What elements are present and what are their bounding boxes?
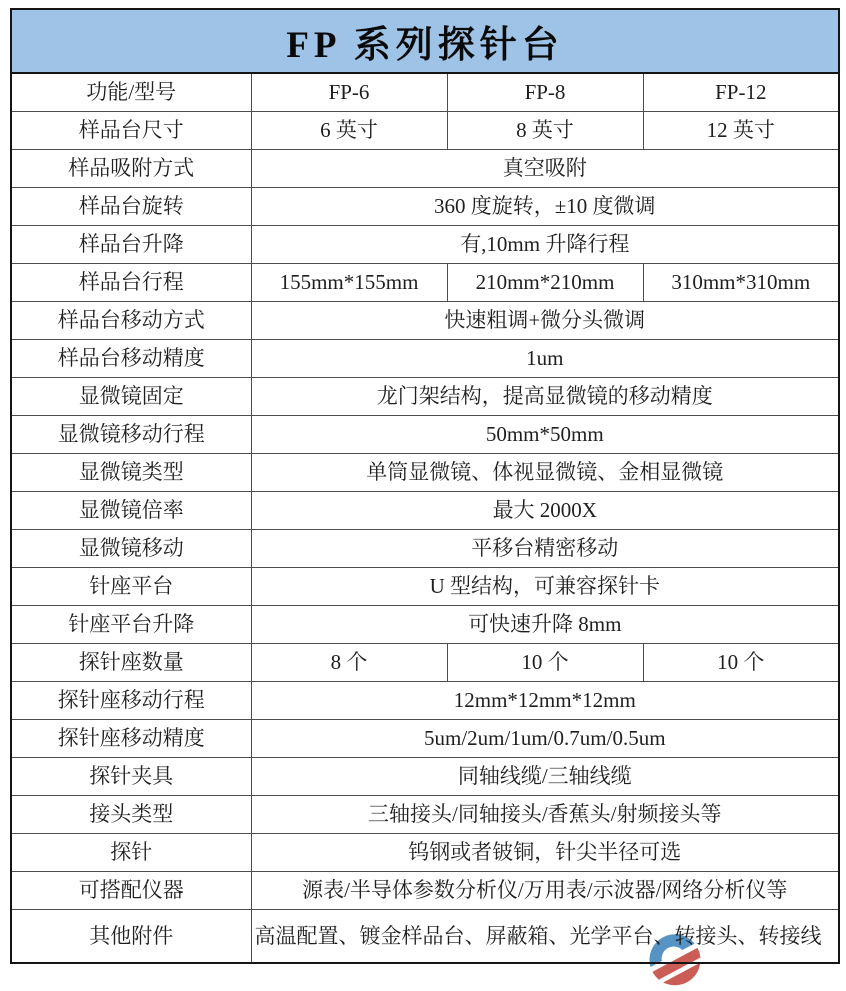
- row-label: 可搭配仪器: [11, 871, 251, 909]
- spec-sheet: FP 系列探针台 功能/型号FP-6FP-8FP-12样品台尺寸6 英寸8 英寸…: [0, 0, 846, 991]
- row-label: 显微镜移动: [11, 529, 251, 567]
- row-value: 平移台精密移动: [251, 529, 839, 567]
- row-value: 8 个: [251, 643, 447, 681]
- spec-row: 功能/型号FP-6FP-8FP-12: [11, 73, 839, 111]
- row-label: 探针座移动行程: [11, 681, 251, 719]
- row-label: 其他附件: [11, 909, 251, 963]
- spec-row: 探针夹具同轴线缆/三轴线缆: [11, 757, 839, 795]
- row-value: 5um/2um/1um/0.7um/0.5um: [251, 719, 839, 757]
- row-label: 接头类型: [11, 795, 251, 833]
- spec-row: 针座平台U 型结构，可兼容探针卡: [11, 567, 839, 605]
- row-value: 1um: [251, 339, 839, 377]
- spec-row: 样品台升降有,10mm 升降行程: [11, 225, 839, 263]
- row-value: 单筒显微镜、体视显微镜、金相显微镜: [251, 453, 839, 491]
- spec-row: 接头类型三轴接头/同轴接头/香蕉头/射频接头等: [11, 795, 839, 833]
- row-label: 探针夹具: [11, 757, 251, 795]
- row-label: 样品吸附方式: [11, 149, 251, 187]
- row-value: 10 个: [643, 643, 839, 681]
- spec-row: 针座平台升降可快速升降 8mm: [11, 605, 839, 643]
- spec-table: FP 系列探针台 功能/型号FP-6FP-8FP-12样品台尺寸6 英寸8 英寸…: [10, 8, 840, 964]
- row-value: 12 英寸: [643, 111, 839, 149]
- row-value: 6 英寸: [251, 111, 447, 149]
- row-value: FP-8: [447, 73, 643, 111]
- row-value: FP-6: [251, 73, 447, 111]
- row-label: 样品台旋转: [11, 187, 251, 225]
- spec-row: 探针座数量8 个10 个10 个: [11, 643, 839, 681]
- row-value: 155mm*155mm: [251, 263, 447, 301]
- row-value: U 型结构，可兼容探针卡: [251, 567, 839, 605]
- spec-row: 显微镜固定龙门架结构，提高显微镜的移动精度: [11, 377, 839, 415]
- row-label: 样品台尺寸: [11, 111, 251, 149]
- row-value: 最大 2000X: [251, 491, 839, 529]
- row-label: 针座平台: [11, 567, 251, 605]
- spec-row: 显微镜类型单筒显微镜、体视显微镜、金相显微镜: [11, 453, 839, 491]
- spec-row: 显微镜移动平移台精密移动: [11, 529, 839, 567]
- row-value: 310mm*310mm: [643, 263, 839, 301]
- row-value: 源表/半导体参数分析仪/万用表/示波器/网络分析仪等: [251, 871, 839, 909]
- row-label: 显微镜移动行程: [11, 415, 251, 453]
- row-label: 显微镜固定: [11, 377, 251, 415]
- spec-row: 探针钨钢或者铍铜，针尖半径可选: [11, 833, 839, 871]
- row-value: FP-12: [643, 73, 839, 111]
- row-value: 8 英寸: [447, 111, 643, 149]
- title-row: FP 系列探针台: [11, 9, 839, 73]
- row-label: 显微镜类型: [11, 453, 251, 491]
- spec-row: 显微镜移动行程50mm*50mm: [11, 415, 839, 453]
- row-value: 360 度旋转，±10 度微调: [251, 187, 839, 225]
- spec-row: 样品台旋转360 度旋转，±10 度微调: [11, 187, 839, 225]
- row-value: 真空吸附: [251, 149, 839, 187]
- spec-row: 样品台尺寸6 英寸8 英寸12 英寸: [11, 111, 839, 149]
- row-label: 样品台移动精度: [11, 339, 251, 377]
- spec-row: 样品台移动精度1um: [11, 339, 839, 377]
- spec-row: 可搭配仪器源表/半导体参数分析仪/万用表/示波器/网络分析仪等: [11, 871, 839, 909]
- spec-row: 样品台行程155mm*155mm210mm*210mm310mm*310mm: [11, 263, 839, 301]
- spec-row: 样品台移动方式快速粗调+微分头微调: [11, 301, 839, 339]
- row-value: 同轴线缆/三轴线缆: [251, 757, 839, 795]
- row-label: 探针座数量: [11, 643, 251, 681]
- row-value: 10 个: [447, 643, 643, 681]
- row-label: 样品台升降: [11, 225, 251, 263]
- row-value: 龙门架结构，提高显微镜的移动精度: [251, 377, 839, 415]
- row-value: 12mm*12mm*12mm: [251, 681, 839, 719]
- spec-row: 探针座移动精度5um/2um/1um/0.7um/0.5um: [11, 719, 839, 757]
- row-value: 50mm*50mm: [251, 415, 839, 453]
- row-value: 钨钢或者铍铜，针尖半径可选: [251, 833, 839, 871]
- spec-row: 其他附件高温配置、镀金样品台、屏蔽箱、光学平台、转接头、转接线: [11, 909, 839, 963]
- spec-row: 探针座移动行程12mm*12mm*12mm: [11, 681, 839, 719]
- row-label: 探针座移动精度: [11, 719, 251, 757]
- spec-row: 显微镜倍率最大 2000X: [11, 491, 839, 529]
- row-value: 有,10mm 升降行程: [251, 225, 839, 263]
- row-value: 可快速升降 8mm: [251, 605, 839, 643]
- row-label: 显微镜倍率: [11, 491, 251, 529]
- row-label: 功能/型号: [11, 73, 251, 111]
- row-label: 样品台移动方式: [11, 301, 251, 339]
- row-value: 210mm*210mm: [447, 263, 643, 301]
- row-label: 样品台行程: [11, 263, 251, 301]
- row-label: 针座平台升降: [11, 605, 251, 643]
- row-label: 探针: [11, 833, 251, 871]
- row-value: 高温配置、镀金样品台、屏蔽箱、光学平台、转接头、转接线: [251, 909, 839, 963]
- spec-row: 样品吸附方式真空吸附: [11, 149, 839, 187]
- row-value: 快速粗调+微分头微调: [251, 301, 839, 339]
- table-title: FP 系列探针台: [11, 9, 839, 73]
- row-value: 三轴接头/同轴接头/香蕉头/射频接头等: [251, 795, 839, 833]
